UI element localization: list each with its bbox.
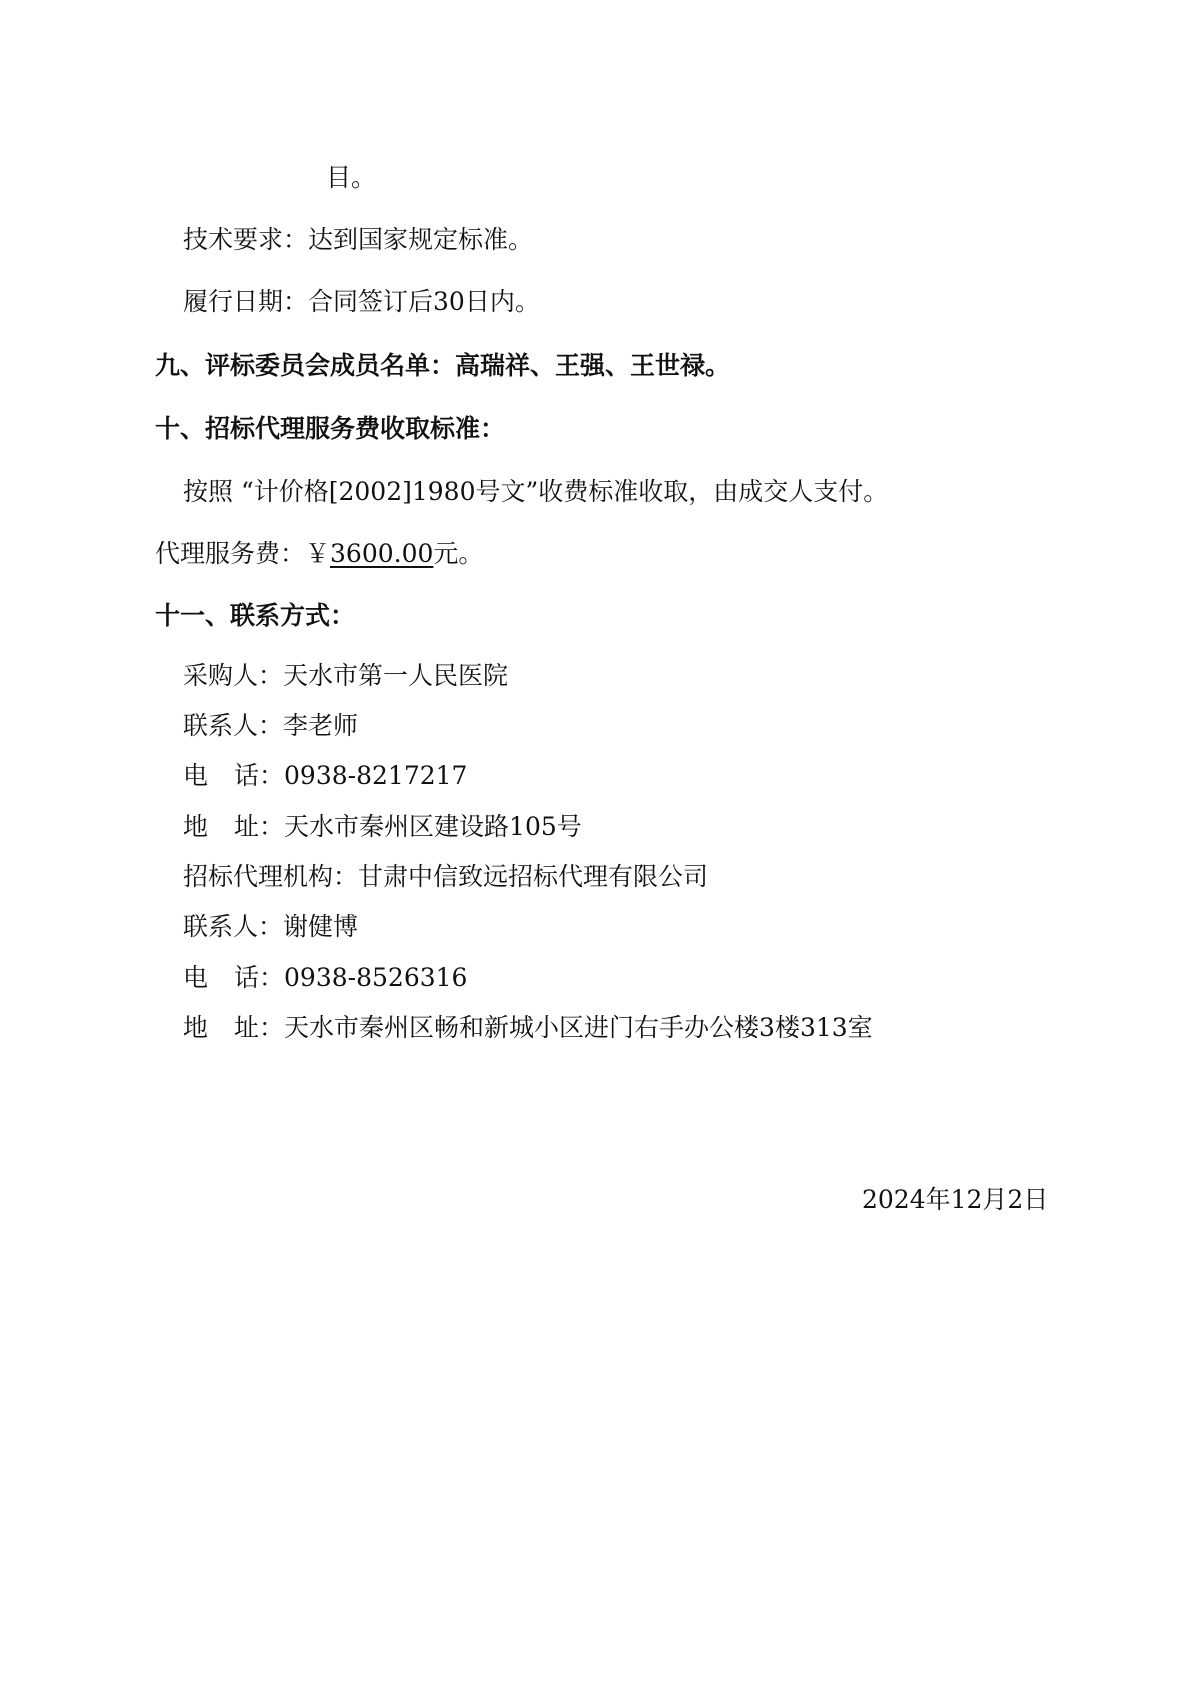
phone-label-1: 电 [183, 963, 208, 992]
address-label-1: 地 [183, 1013, 208, 1042]
contact-value: 谢健博 [283, 912, 358, 941]
purchaser-phone-line: 电话：0938-8217217 [183, 760, 467, 792]
address-label-2: 址： [234, 812, 284, 841]
purchaser-line: 采购人：天水市第一人民医院 [183, 660, 508, 692]
purchaser-label: 采购人： [183, 661, 283, 690]
address-value: 天水市秦州区畅和新城小区进门右手办公楼3楼313室 [284, 1013, 873, 1042]
fee-unit: 元。 [433, 539, 483, 568]
purchaser-contact-line: 联系人：李老师 [183, 710, 358, 742]
address-label-2: 址： [234, 1013, 284, 1042]
phone-label-1: 电 [183, 761, 208, 790]
document-date: 2024年12月2日 [862, 1184, 1048, 1216]
contact-label: 联系人： [183, 711, 283, 740]
fee-label: 代理服务费：￥ [155, 539, 330, 568]
purchaser-address-line: 地址：天水市秦州区建设路105号 [183, 811, 582, 843]
section-10-heading: 十、招标代理服务费收取标准： [155, 413, 505, 445]
agency-value: 甘肃中信致远招标代理有限公司 [358, 862, 708, 891]
period-label: 履行日期： [183, 287, 308, 316]
tech-label: 技术要求： [183, 225, 308, 254]
address-label-1: 地 [183, 812, 208, 841]
contact-label: 联系人： [183, 912, 283, 941]
agency-address-line: 地址：天水市秦州区畅和新城小区进门右手办公楼3楼313室 [183, 1012, 873, 1044]
purchaser-value: 天水市第一人民医院 [283, 661, 508, 690]
performance-period: 履行日期：合同签订后30日内。 [183, 286, 540, 318]
tech-requirements: 技术要求：达到国家规定标准。 [183, 224, 533, 256]
agency-label: 招标代理机构： [183, 862, 358, 891]
contact-value: 李老师 [283, 711, 358, 740]
address-value: 天水市秦州区建设路105号 [284, 812, 582, 841]
section-11-heading: 十一、联系方式： [155, 600, 355, 632]
agency-contact-line: 联系人：谢健博 [183, 911, 358, 943]
fee-amount: 3600.00 [330, 539, 433, 568]
phone-label-2: 话： [234, 963, 284, 992]
fee-standard-text: 按照 “计价格[2002]1980号文”收费标准收取，由成交人支付。 [183, 476, 888, 508]
phone-value: 0938-8217217 [284, 761, 467, 790]
phone-label-2: 话： [234, 761, 284, 790]
phone-value: 0938-8526316 [284, 963, 467, 992]
agency-phone-line: 电话：0938-8526316 [183, 962, 467, 994]
agency-fee: 代理服务费：￥3600.00元。 [155, 538, 483, 570]
section-9-heading: 九、评标委员会成员名单：高瑞祥、王强、王世禄。 [155, 350, 730, 382]
agency-line: 招标代理机构：甘肃中信致远招标代理有限公司 [183, 861, 708, 893]
item-end-text: 目。 [326, 162, 376, 194]
tech-value: 达到国家规定标准。 [308, 225, 533, 254]
period-value: 合同签订后30日内。 [308, 287, 540, 316]
